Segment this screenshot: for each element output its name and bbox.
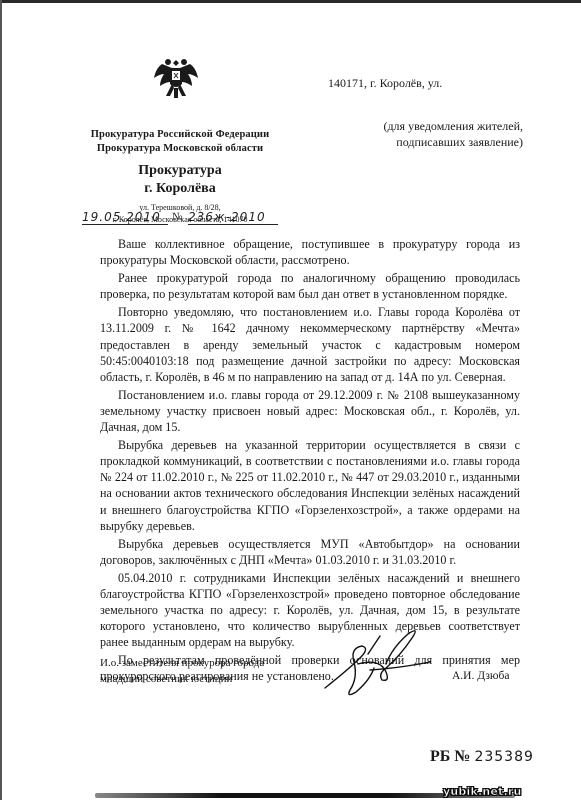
serial-number: 235389 [474, 749, 533, 765]
watermark: yubik.net.ru [443, 785, 522, 798]
office-name-line-1: Прокуратура [80, 162, 280, 180]
org-line-regional: Прокуратура Московской области [80, 142, 280, 156]
recipient-note: (для уведомления жителей, подписавших за… [333, 118, 523, 150]
paragraph: Постановлением и.о. главы города от 29.1… [100, 387, 520, 435]
paragraph: Вырубка деревьев на указанной территории… [100, 437, 520, 534]
office-name: Прокуратура г. Королёва [80, 162, 280, 198]
double-headed-eagle-icon [152, 54, 200, 104]
signer-title-line-2: младший советник юстиции [100, 671, 264, 687]
signer-title-line-1: И.о. заместителя прокурора города [100, 655, 264, 671]
signer-title: И.о. заместителя прокурора города младши… [100, 655, 264, 687]
reference-number: 236ж-2010 [188, 210, 278, 225]
org-line-federal: Прокуратура Российской Федерации [80, 128, 280, 142]
paragraph: 05.04.2010 г. сотрудниками Инспекции зел… [100, 570, 520, 650]
serial-label: РБ № [430, 748, 470, 765]
letter-body: Ваше коллективное обращение, поступившее… [100, 236, 520, 687]
paragraph: Вырубка деревьев осуществляется МУП «Авт… [100, 536, 520, 568]
reference-number-label: № [172, 211, 183, 223]
reference-line: 19.05.2010 № 236ж-2010 [82, 210, 282, 226]
signature-icon [320, 628, 440, 698]
office-name-line-2: г. Королёва [80, 180, 280, 198]
form-serial: РБ № 235389 [430, 748, 534, 766]
scan-top-edge [0, 0, 581, 3]
reference-date: 19.05.2010 [82, 210, 168, 225]
paragraph: Повторно уведомляю, что постановлением и… [100, 304, 520, 384]
paragraph: Ваше коллективное обращение, поступившее… [100, 236, 520, 268]
scan-left-edge [0, 0, 2, 800]
signer-name: А.И. Дзюба [452, 670, 509, 682]
recipient-address: 140171, г. Королёв, ул. [328, 76, 442, 91]
paragraph: Ранее прокуратурой города по аналогичном… [100, 270, 520, 302]
